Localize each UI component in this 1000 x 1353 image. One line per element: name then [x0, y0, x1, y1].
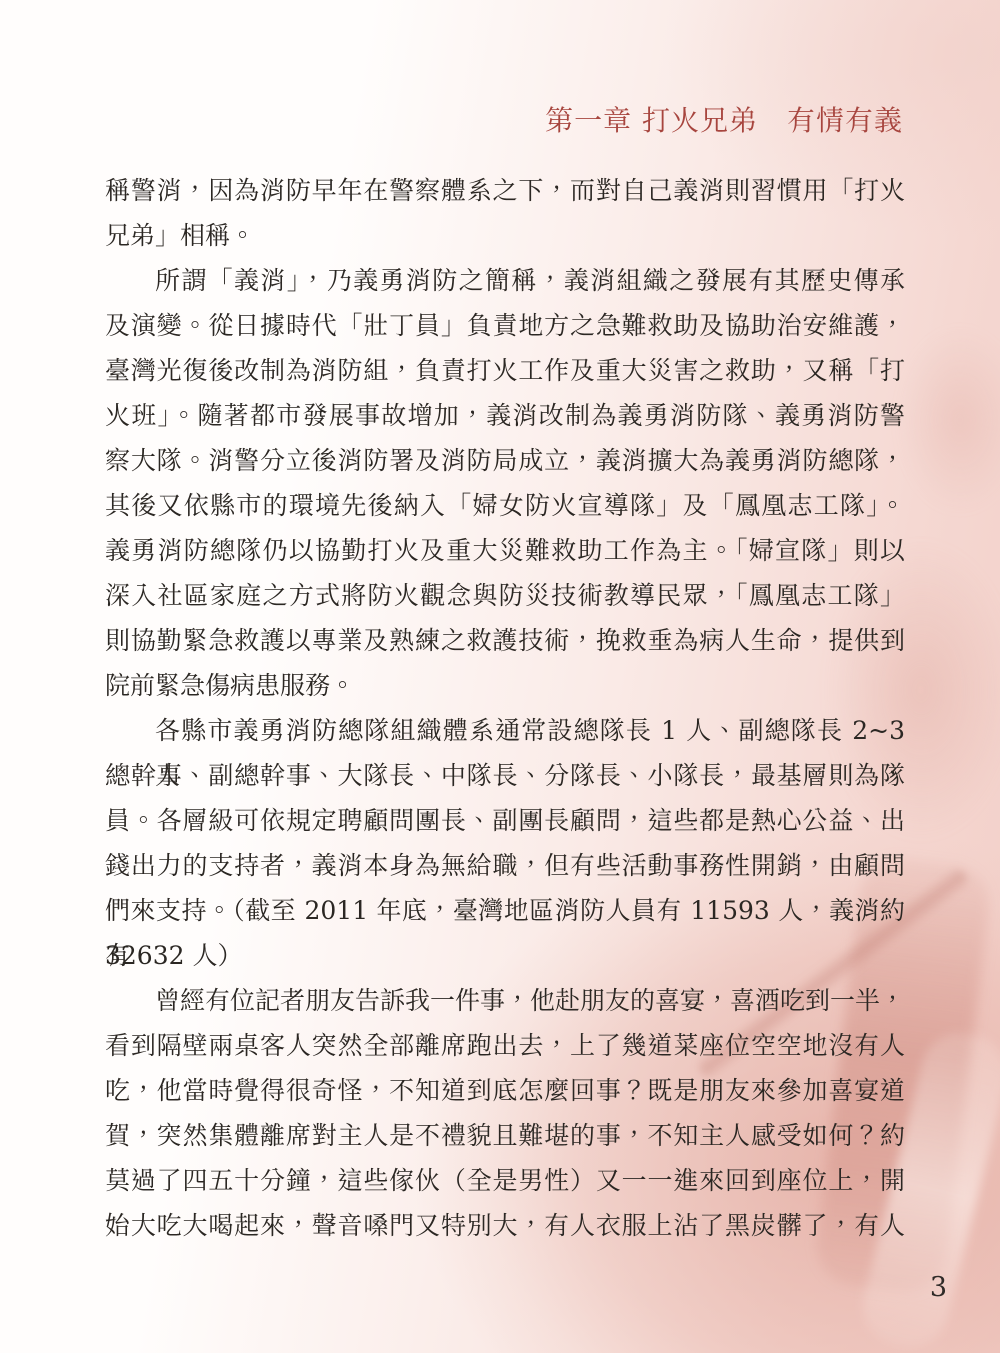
text-line: 院前緊急傷病患服務。: [105, 663, 905, 708]
text-line: 察大隊。消警分立後消防署及消防局成立，義消擴大為義勇消防總隊，: [105, 438, 905, 483]
text-line: 則協勤緊急救護以專業及熟練之救護技術，挽救垂為病人生命，提供到: [105, 618, 905, 663]
page-number: 3: [930, 1272, 947, 1303]
text-line: 義勇消防總隊仍以協勤打火及重大災難救助工作為主。「婦宣隊」則以: [105, 528, 905, 573]
chapter-header: 第一章 打火兄弟 有情有義: [545, 99, 903, 139]
text-line: 臺灣光復後改制為消防組，負責打火工作及重大災害之救助，又稱「打: [105, 348, 905, 393]
book-page: { "page": { "header": { "chapter_title":…: [0, 0, 1000, 1353]
text-line: 看到隔壁兩桌客人突然全部離席跑出去，上了幾道菜座位空空地沒有人: [105, 1023, 905, 1068]
text-line: 員。各層級可依規定聘顧問團長、副團長顧問，這些都是熱心公益、出: [105, 798, 905, 843]
text-line: 錢出力的支持者，義消本身為無給職，但有些活動事務性開銷，由顧問: [105, 843, 905, 888]
text-line: 莫過了四五十分鐘，這些傢伙（全是男性）又一一進來回到座位上，開: [105, 1158, 905, 1203]
text-line: 32632 人）: [105, 933, 905, 978]
text-line: 各縣市義勇消防總隊組織體系通常設總隊長 1 人、副總隊長 2~3 人，: [105, 708, 905, 753]
text-line: 兄弟」相稱。: [105, 213, 905, 258]
text-line: 賀，突然集體離席對主人是不禮貌且難堪的事，不知主人感受如何？約: [105, 1113, 905, 1158]
body-text: 稱警消，因為消防早年在警察體系之下，而對自己義消則習慣用「打火兄弟」相稱。所謂「…: [105, 168, 905, 1248]
text-line: 火班」。隨著都市發展事故增加，義消改制為義勇消防隊、義勇消防警: [105, 393, 905, 438]
text-line: 總幹事、副總幹事、大隊長、中隊長、分隊長、小隊長，最基層則為隊: [105, 753, 905, 798]
background-photo-helmet-shape: [900, 330, 1000, 510]
text-line: 深入社區家庭之方式將防火觀念與防災技術教導民眾，「鳳凰志工隊」: [105, 573, 905, 618]
text-line: 們來支持。（截至 2011 年底，臺灣地區消防人員有 11593 人，義消約有: [105, 888, 905, 933]
text-line: 所謂「義消」，乃義勇消防之簡稱，義消組織之發展有其歷史傳承: [105, 258, 905, 303]
text-line: 稱警消，因為消防早年在警察體系之下，而對自己義消則習慣用「打火: [105, 168, 905, 213]
text-line: 曾經有位記者朋友告訴我一件事，他赴朋友的喜宴，喜酒吃到一半，: [105, 978, 905, 1023]
text-line: 吃，他當時覺得很奇怪，不知道到底怎麼回事？既是朋友來參加喜宴道: [105, 1068, 905, 1113]
text-line: 始大吃大喝起來，聲音嗓門又特別大，有人衣服上沾了黑炭髒了，有人: [105, 1203, 905, 1248]
text-line: 及演變。從日據時代「壯丁員」負責地方之急難救助及協助治安維護，: [105, 303, 905, 348]
text-line: 其後又依縣市的環境先後納入「婦女防火宣導隊」及「鳳凰志工隊」。: [105, 483, 905, 528]
